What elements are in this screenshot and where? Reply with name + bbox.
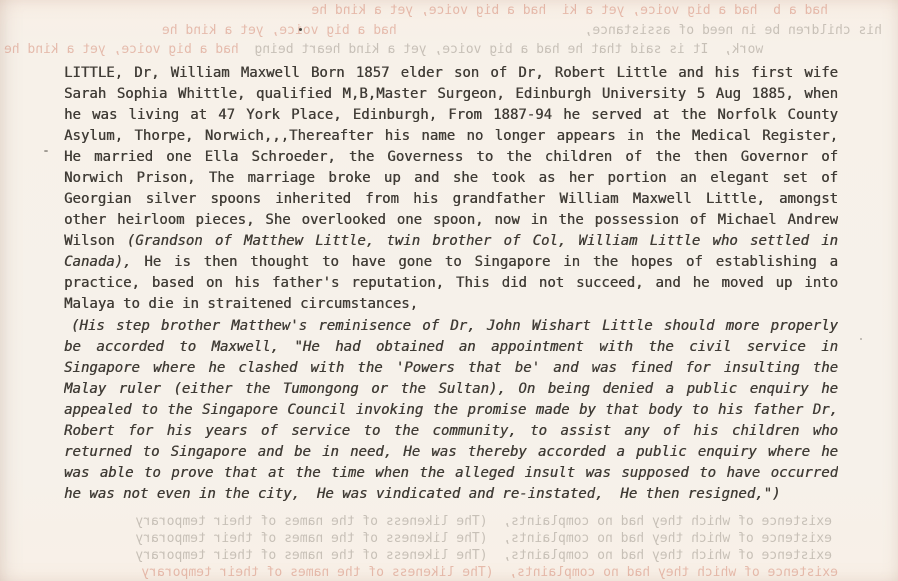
- bleed-text-pink: had a b had a big voice, yet a ki had a …: [311, 3, 828, 18]
- text-line: He married one Ella Schroeder, the Gover…: [64, 147, 838, 168]
- bleed-text-pink: had a big voice, yet a kind he: [162, 23, 585, 38]
- bleed-text-pink: had a big voice, yet a kind he: [4, 42, 254, 57]
- text-line: Norwich Prison, The marriage broke up an…: [64, 168, 838, 189]
- bleed-line: existence of which they had no complaint…: [135, 513, 832, 530]
- bleed-text-gray: existence of which they had no complaint…: [135, 514, 832, 529]
- scan-speck: [860, 338, 862, 340]
- text-line: (His step brother Matthew's reminisence …: [64, 316, 838, 337]
- text-line: returned to Singapore and be in need, He…: [64, 442, 838, 463]
- bleed-text-gray: his children be in need of assistance,: [585, 23, 882, 38]
- text-segment: He is then thought to have gone to Singa…: [131, 254, 838, 270]
- text-line: was able to prove that at the time when …: [64, 463, 838, 484]
- text-segment-italic: (Grandson of Matthew Little, twin brothe…: [127, 233, 838, 249]
- bleed-line: existence of which they had no complaint…: [141, 564, 838, 581]
- bleed-line: work, It is said that he had a big voice…: [4, 41, 763, 58]
- text-line: other heirloom pieces, She overlooked on…: [64, 210, 838, 231]
- text-line: he was not even in the city, He was vind…: [64, 484, 838, 505]
- bleed-line: existence of which they had no complaint…: [135, 547, 832, 564]
- scan-speck: [44, 150, 48, 152]
- text-line: practice, based on his father's reputati…: [64, 273, 838, 294]
- bleed-text-gray: existence of which they had no complaint…: [135, 531, 832, 546]
- bleed-text-gray: work, It is said that he had a big voice…: [254, 42, 763, 57]
- text-line: appealed to the Singapore Council invoki…: [64, 400, 838, 421]
- bleed-line: his children be in need of assistance, h…: [162, 22, 882, 39]
- text-line: he was living at 47 York Place, Edinburg…: [64, 105, 838, 126]
- text-line: Singapore where he clashed with the 'Pow…: [64, 358, 838, 379]
- text-line: Robert for his years of service to the c…: [64, 421, 838, 442]
- text-line: be accorded to Maxwell, "He had obtained…: [64, 337, 838, 358]
- bleed-through-bottom: existence of which they had no complaint…: [0, 503, 898, 581]
- bleed-through-top: had a b had a big voice, yet a ki had a …: [0, 0, 898, 62]
- text-line: Georgian silver spoons inherited from hi…: [64, 189, 838, 210]
- scan-speck: [299, 28, 302, 31]
- bleed-text-pink: existence of which they had no complaint…: [141, 565, 838, 580]
- bleed-line: existence of which they had no complaint…: [135, 530, 832, 547]
- text-segment-italic: Canada),: [64, 254, 131, 270]
- paragraph-note-italic: (His step brother Matthew's reminisence …: [64, 316, 838, 505]
- text-line: Asylum, Thorpe, Norwich,,,Thereafter his…: [64, 126, 838, 147]
- text-line: LITTLE, Dr, William Maxwell Born 1857 el…: [64, 63, 838, 84]
- bleed-text-gray: existence of which they had no complaint…: [135, 548, 832, 563]
- text-line: Wilson (Grandson of Matthew Little, twin…: [64, 231, 838, 252]
- text-line: Sarah Sophia Whittle, qualified M,B,Mast…: [64, 84, 838, 105]
- paragraph-biography: LITTLE, Dr, William Maxwell Born 1857 el…: [64, 63, 838, 315]
- body-text: LITTLE, Dr, William Maxwell Born 1857 el…: [64, 63, 838, 505]
- bleed-line: had a b had a big voice, yet a ki had a …: [311, 2, 828, 19]
- text-line: Canada), He is then thought to have gone…: [64, 252, 838, 273]
- text-line: Malay ruler (either the Tumongong or the…: [64, 379, 838, 400]
- scanned-page: had a b had a big voice, yet a ki had a …: [0, 0, 898, 581]
- text-segment: Wilson: [64, 233, 127, 249]
- text-line: Malaya to die in straitened circumstance…: [64, 294, 838, 315]
